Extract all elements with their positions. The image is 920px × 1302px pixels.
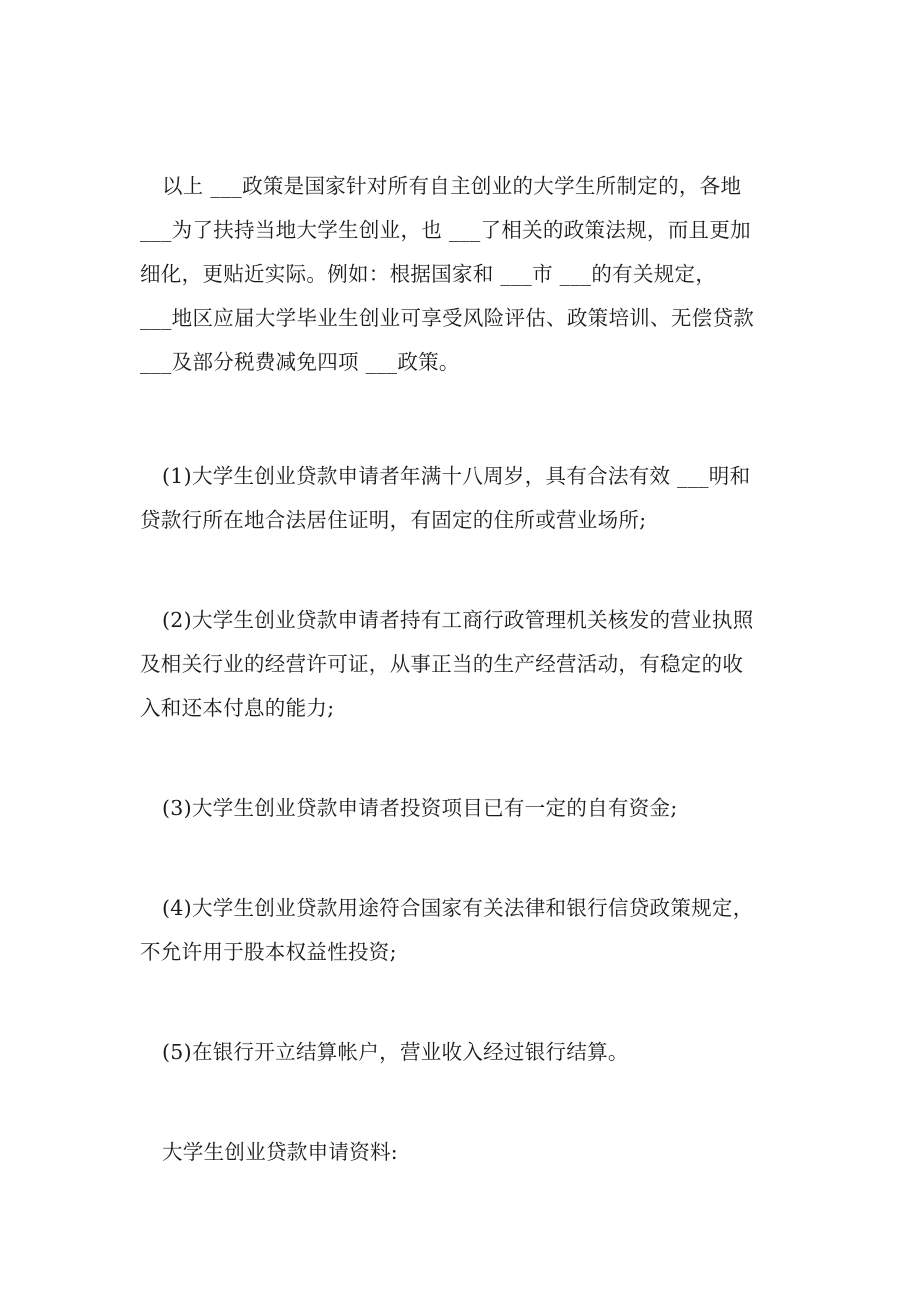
text-line: ___地区应届大学毕业生创业可享受风险评估、政策培训、无偿贷款 — [140, 296, 785, 340]
text-line: (1)大学生创业贷款申请者年满十八周岁，具有合法有效 ___明和 — [140, 454, 785, 498]
text-line: 入和还本付息的能力; — [140, 686, 785, 730]
paragraph-materials-heading: 大学生创业贷款申请资料: — [140, 1130, 785, 1174]
section-heading: 大学生创业贷款申请资料: — [140, 1130, 785, 1174]
paragraph-condition-4: (4)大学生创业贷款用途符合国家有关法律和银行信贷政策规定， 不允许用于股本权益… — [140, 886, 785, 974]
text-line: 细化，更贴近实际。例如：根据国家和 ___市 ___的有关规定， — [140, 252, 785, 296]
paragraph-condition-2: (2)大学生创业贷款申请者持有工商行政管理机关核发的营业执照 及相关行业的经营许… — [140, 598, 785, 730]
text-line: (3)大学生创业贷款申请者投资项目已有一定的自有资金; — [140, 786, 785, 830]
text-line: ___为了扶持当地大学生创业，也 ___了相关的政策法规，而且更加 — [140, 208, 785, 252]
text-line: ___及部分税费减免四项 ___政策。 — [140, 340, 785, 384]
paragraph-intro: 以上 ___政策是国家针对所有自主创业的大学生所制定的，各地 ___为了扶持当地… — [140, 164, 785, 384]
text-line: 及相关行业的经营许可证，从事正当的生产经营活动，有稳定的收 — [140, 642, 785, 686]
text-line: (2)大学生创业贷款申请者持有工商行政管理机关核发的营业执照 — [140, 598, 785, 642]
text-line: 不允许用于股本权益性投资; — [140, 930, 785, 974]
text-line: (4)大学生创业贷款用途符合国家有关法律和银行信贷政策规定， — [140, 886, 785, 930]
text-line: (5)在银行开立结算帐户，营业收入经过银行结算。 — [140, 1030, 785, 1074]
text-line: 贷款行所在地合法居住证明，有固定的住所或营业场所; — [140, 498, 785, 542]
paragraph-condition-3: (3)大学生创业贷款申请者投资项目已有一定的自有资金; — [140, 786, 785, 830]
paragraph-condition-1: (1)大学生创业贷款申请者年满十八周岁，具有合法有效 ___明和 贷款行所在地合… — [140, 454, 785, 542]
paragraph-condition-5: (5)在银行开立结算帐户，营业收入经过银行结算。 — [140, 1030, 785, 1074]
text-line: 以上 ___政策是国家针对所有自主创业的大学生所制定的，各地 — [140, 164, 785, 208]
